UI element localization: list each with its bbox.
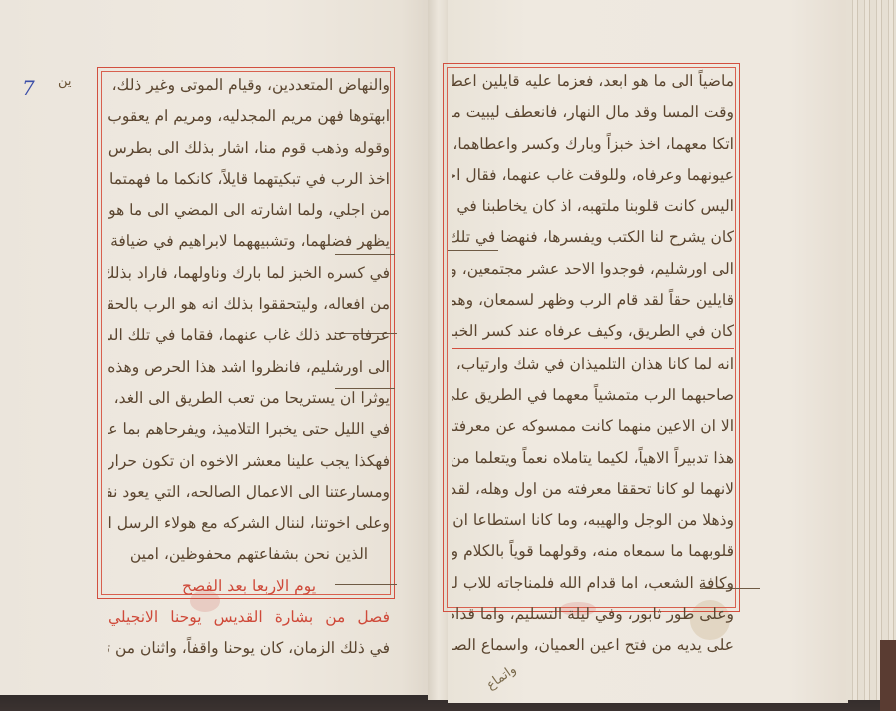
text-line: من افعاله، وليتحققوا بذلك انه هو الرب با… — [108, 289, 390, 320]
text-line: اخذ الرب في تبكيتهما قايلاً، كانكما ما ف… — [108, 164, 390, 195]
text-line: في الليل حتى يخبرا التلاميذ، ويفرحاهم بم… — [108, 414, 390, 445]
text-line: ومسارعتنا الى الاعمال الصالحه، التي يعود… — [108, 477, 390, 508]
margin-catchword: ين — [58, 74, 72, 89]
text-line: الذين نحن بشفاعتهم محفوظين، امين — [108, 539, 390, 570]
text-line: والنهاض المتعددين، وقيام الموتى وغير ذلك… — [108, 70, 390, 101]
text-line: الى اورشليم، فانظروا اشد هذا الحرص وهذه … — [108, 352, 390, 383]
text-line: الا ان الاعين منهما كانت ممسوكه عن معرفت… — [452, 411, 734, 442]
text-line-with-rubric: كان في الطريق، وكيف عرفاه عند كسر الخبز … — [452, 316, 734, 348]
text-line: قايلين حقاً لقد قام الرب وظهر لسمعان، وه… — [452, 285, 734, 316]
text-line: يوثرا ان يستريحا من تعب الطريق الى الغد،… — [108, 383, 390, 414]
text-line: وكافة الشعب، اما قدام الله فلمناجاته للا… — [452, 568, 734, 599]
rubric-line: فصل من بشارة القديس يوحنا الانجيلي — [108, 602, 390, 633]
right-text-block: ماضياً الى ما هو ابعد، فعزما عليه قايلين… — [452, 66, 734, 662]
manuscript-spread: 7 ين والنهاض المتعددين، وقيام الموتى وغي… — [0, 0, 896, 711]
rubric-heading: يوم الاربعا بعد الفصح — [108, 571, 390, 602]
text-line: انه لما كانا هذان التلميذان في شك وارتيا… — [452, 349, 734, 380]
text-line: في كسره الخبز لما بارك وناولهما، فاراد ب… — [108, 258, 390, 289]
text-line: وعلى اخوتنا، لننال الشركه مع هولاء الرسل… — [108, 508, 390, 539]
text-line: فهكذا يجب علينا معشر الاخوه ان تكون حرار… — [108, 446, 390, 477]
binding-edge — [880, 640, 896, 711]
text-line: وعلى طور ثابور، وفي ليلة التسليم، واما ق… — [452, 599, 734, 630]
text-line: ابهتوها فهن مريم المجدليه، ومريم ام يعقو… — [108, 101, 390, 132]
text-line: هذا تدبيراً الاهياً، لكيما يتاملاه نعماً… — [452, 443, 734, 474]
text-line: يظهر فضلهما، وتشبيههما لابراهيم في ضيافة… — [108, 226, 390, 257]
text-line: عيونهما وعرفاه، وللوقت غاب عنهما، فقال ا… — [452, 160, 734, 191]
text-line: في ذلك الزمان، كان يوحنا واقفاً، واثنان … — [108, 633, 390, 664]
text-segment: كان في الطريق، وكيف عرفاه عند كسر الخبز — [452, 322, 734, 340]
folio-number: 7 — [22, 76, 35, 100]
text-line: صاحبهما الرب متمشياً معهما في الطريق على… — [452, 380, 734, 411]
text-line: لانهما لو كانا تحققا معرفته من اول وهله،… — [452, 474, 734, 505]
page-edges — [846, 0, 896, 700]
text-line: كان يشرح لنا الكتب ويفسرها، فنهضا في تلك… — [452, 222, 734, 253]
text-line: عرفاه عند ذلك غاب عنهما، فقاما في تلك ال… — [108, 320, 390, 351]
text-line: وقوله وذهب قوم منا، اشار بذلك الى بطرس و… — [108, 133, 390, 164]
left-text-block: والنهاض المتعددين، وقيام الموتى وغير ذلك… — [108, 70, 390, 665]
text-line: من اجلي، ولما اشارته الى المضي الى ما هو… — [108, 195, 390, 226]
text-line: وقت المسا وقد مال النهار، فانعطف ليبيت م… — [452, 97, 734, 128]
text-line: وذهلا من الوجل والهيبه، وما كانا استطاعا… — [452, 505, 734, 536]
text-line: قلوبهما ما سمعاه منه، وقولهما قوياً بالك… — [452, 536, 734, 567]
text-line: الى اورشليم، فوجدوا الاحد عشر مجتمعين، و… — [452, 254, 734, 285]
text-line: اليس كانت قلوبنا ملتهبه، اذ كان يخاطبنا … — [452, 191, 734, 222]
text-line: على يديه من فتح اعين العميان، واسماع الص… — [452, 630, 734, 661]
text-line: ماضياً الى ما هو ابعد، فعزما عليه قايلين… — [452, 66, 734, 97]
text-line: اتكا معهما، اخذ خبزاً وبارك وكسر واعطاهم… — [452, 129, 734, 160]
